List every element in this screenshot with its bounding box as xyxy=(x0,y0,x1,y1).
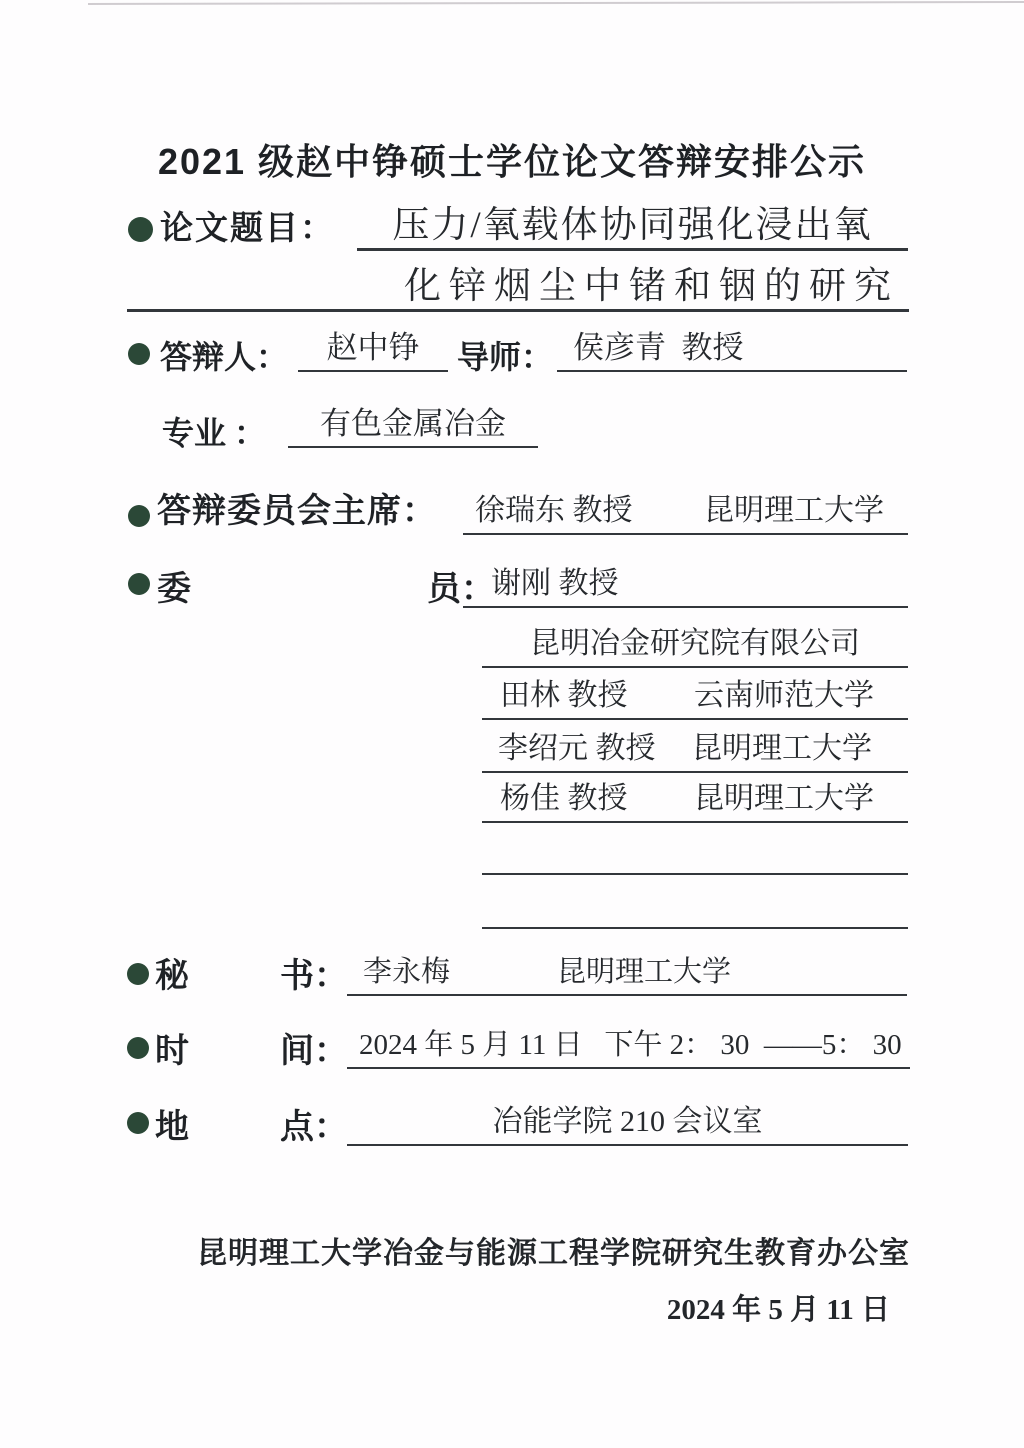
bullet-icon xyxy=(128,343,150,365)
bullet-icon xyxy=(128,505,150,527)
member-name: 杨佳 教授 xyxy=(500,781,628,817)
advisor-name: 侯彦青 教授 xyxy=(557,330,907,372)
time-value: 2024 年 5 月 11 日 下午 2： 30 ——5： 30 xyxy=(347,1025,910,1069)
chair-affiliation: 昆明理工大学 xyxy=(704,493,884,529)
footer-date: 2024 年 5 月 11 日 xyxy=(0,1292,890,1328)
scan-edge-line xyxy=(88,1,1024,5)
location-label-char2: 点： xyxy=(280,1108,348,1148)
member-affiliation: 云南师范大学 xyxy=(694,678,874,714)
bullet-icon xyxy=(127,963,149,985)
member-affiliation: 昆明理工大学 xyxy=(692,731,872,767)
committee-member-row: 田林 教授 云南师范大学 xyxy=(482,676,908,720)
chair-label: 答辩委员会主席： xyxy=(157,492,437,532)
thesis-title-line2: 化锌烟尘中锗和铟的研究 xyxy=(127,261,909,312)
secretary-affiliation: 昆明理工大学 xyxy=(557,954,731,990)
committee-member-row: 李绍元 教授 昆明理工大学 xyxy=(482,729,908,773)
announcement-page: 2021 级赵中铮硕士学位论文答辩安排公示 论文题目： 压力/氧载体协同强化浸出… xyxy=(0,0,1024,1448)
footer-office: 昆明理工大学冶金与能源工程学院研究生教育办公室 xyxy=(0,1234,910,1274)
time-label-char1: 时 xyxy=(155,1032,189,1072)
bullet-icon xyxy=(127,1037,149,1059)
committee-member-row: 杨佳 教授 昆明理工大学 xyxy=(482,779,908,823)
member-name: 田林 教授 xyxy=(500,678,628,714)
secretary-name: 李永梅 xyxy=(363,954,450,990)
defender-name: 赵中铮 xyxy=(298,330,448,372)
chair-value: 徐瑞东 教授 昆明理工大学 xyxy=(463,493,908,535)
committee-first-member: 谢刚 教授 xyxy=(463,566,908,608)
thesis-title-line1: 压力/氧载体协同强化浸出氧 xyxy=(357,200,908,251)
chair-name: 徐瑞东 教授 xyxy=(475,493,633,529)
bullet-icon xyxy=(128,217,153,242)
bullet-icon xyxy=(128,573,150,595)
member-name: 李绍元 教授 xyxy=(498,731,656,767)
blank-signature-line xyxy=(482,831,908,875)
time-label-char2: 间： xyxy=(280,1032,348,1072)
page-title: 2021 级赵中铮硕士学位论文答辩安排公示 xyxy=(0,138,1024,186)
location-label-char1: 地 xyxy=(155,1108,189,1148)
location-value: 冶能学院 210 会议室 xyxy=(347,1102,908,1146)
secretary-label-char2: 书： xyxy=(280,957,348,997)
secretary-value: 李永梅 昆明理工大学 xyxy=(347,952,907,996)
thesis-label: 论文题目： xyxy=(160,209,335,249)
advisor-label: 导师： xyxy=(457,337,553,377)
committee-label-char1: 委 xyxy=(157,570,191,610)
major-label: 专业 ： xyxy=(162,413,266,453)
member-affiliation: 昆明理工大学 xyxy=(694,781,874,817)
committee-first-member-affiliation: 昆明冶金研究院有限公司 xyxy=(482,624,908,668)
major-value: 有色金属冶金 xyxy=(288,405,538,448)
defender-label: 答辩人： xyxy=(160,337,288,377)
blank-signature-line xyxy=(482,885,908,929)
bullet-icon xyxy=(127,1112,149,1134)
secretary-label-char1: 秘 xyxy=(155,957,189,997)
